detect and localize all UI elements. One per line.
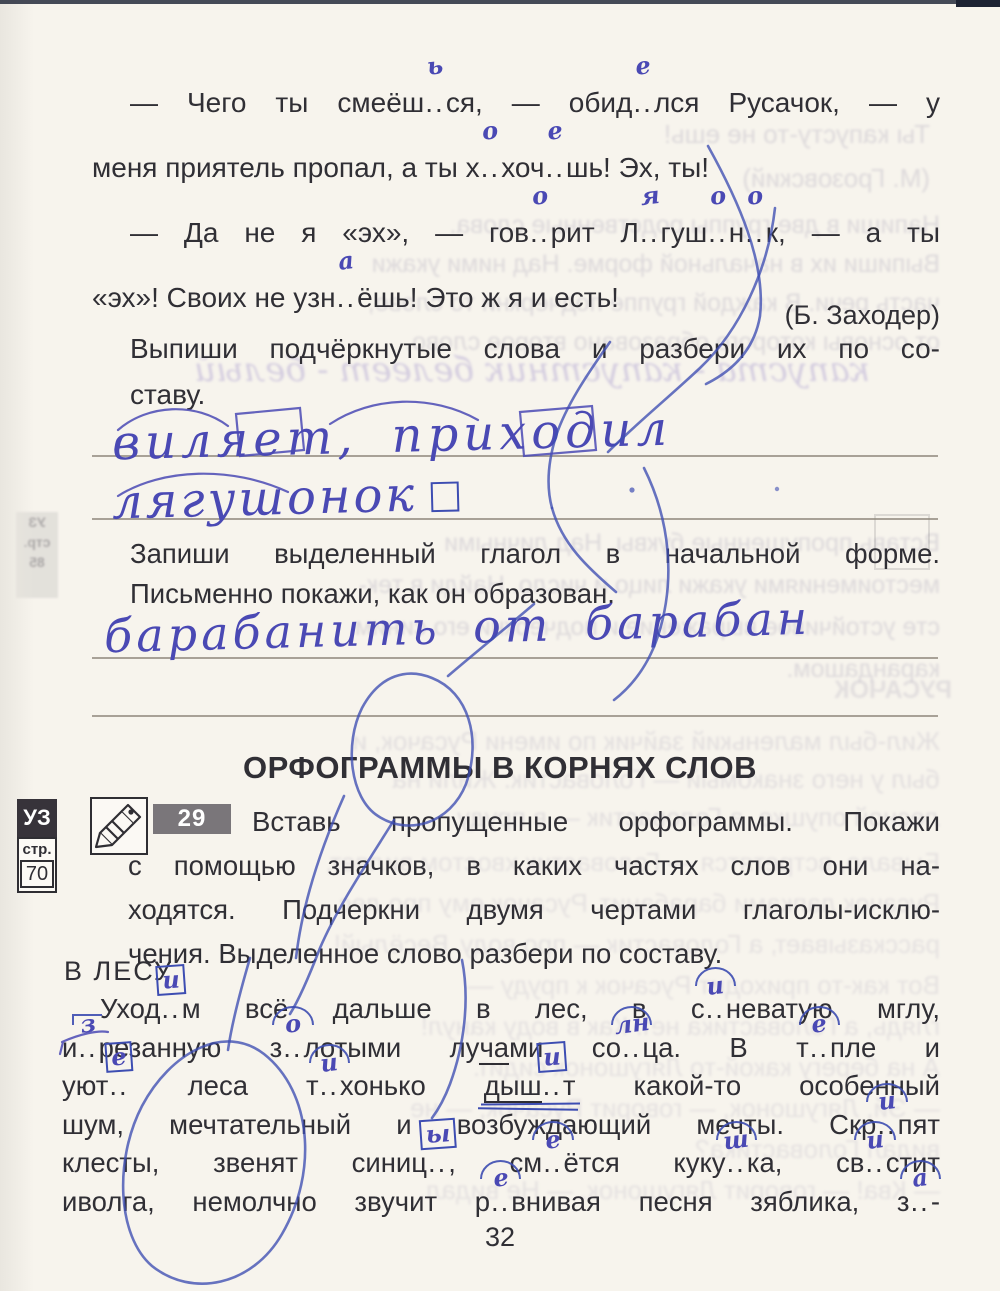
letter-gap: ..о: [707, 200, 729, 265]
handwritten-letter: ш: [722, 1126, 750, 1153]
handwritten-letter: ь: [426, 53, 445, 79]
gap-dots: ..: [428, 1147, 447, 1178]
gap-dots: ..: [633, 87, 653, 118]
ink-dot: [775, 487, 779, 491]
uz-label: УЗ: [17, 799, 57, 837]
dialog-text: — Чего ты смеёш..ься, — обид..елся Русач…: [92, 70, 940, 330]
exercise-text: Уход..им всё дальше в лес, в с..иневатую…: [62, 990, 940, 1221]
bleedthrough-text: РУСАЧОК: [832, 676, 952, 705]
handwritten-letter: о: [481, 118, 500, 144]
text-line: с помощью значков, в каких частях слов о…: [128, 844, 940, 888]
handwritten-letter: я: [639, 183, 661, 209]
printed-text: -: [931, 1186, 940, 1217]
gap-dots: ..: [545, 152, 565, 183]
handwritten-letter: о: [709, 183, 728, 209]
handwritten-letter: а: [911, 1165, 929, 1191]
letter-gap: ..о: [480, 135, 502, 200]
page-reference: стр. 70: [17, 837, 57, 893]
letter-gap: ..о: [282, 1029, 303, 1068]
letter-gap: ..е: [542, 1144, 563, 1183]
gap-dots: ..: [109, 1070, 128, 1101]
printed-text: ся, — обид: [446, 87, 633, 118]
bleedthrough-uz-marker: УЗ стр. 85: [16, 512, 58, 598]
printed-text: Уход: [100, 993, 160, 1024]
letter-gap: ..е: [490, 1183, 511, 1222]
printed-text: ёшь! Это ж я и есть!: [357, 282, 619, 313]
letter-gap: ..ы: [427, 1144, 448, 1183]
text-line: уют..е леса т..ихонько дыш..ит какой-то …: [62, 1067, 940, 1106]
printed-text: хонько: [340, 1070, 484, 1101]
handwritten-letter: з: [79, 1011, 97, 1037]
text-line: Вставь пропущенные орфограммы. Покажи: [128, 800, 940, 844]
pen-double-underline: дыш..ит: [484, 1070, 576, 1101]
gap-dots: ..: [745, 217, 765, 248]
handwritten-letter: и: [319, 1050, 339, 1076]
text-line: чения. Выделенное слово разбери по соста…: [128, 932, 940, 976]
letter-gap: ..и: [319, 1067, 340, 1106]
printed-text: ходятся. Подчеркни двумя чертами глаголы…: [128, 894, 940, 925]
text-line: — Да не я «эх», — гов..орит Л..ягуш..он.…: [92, 200, 940, 265]
task-29-instruction: Вставь пропущенные орфограммы. Покажис п…: [128, 800, 940, 976]
printed-text: меня приятель пропал, а ты х: [92, 152, 480, 183]
handwritten-letter: лн: [613, 1010, 651, 1038]
printed-text: н: [729, 217, 744, 248]
printed-text: гуш: [660, 217, 707, 248]
letter-gap: ..о: [529, 200, 551, 265]
text-line: — Чего ты смеёш..ься, — обид..елся Русач…: [92, 70, 940, 135]
handwritten-letter: е: [634, 53, 652, 79]
printed-text: внивая песня зяблика, з: [511, 1186, 909, 1217]
handwritten-letter: а: [337, 248, 355, 274]
printed-text: рит Л: [551, 217, 639, 248]
printed-text: «эх»! Своих не узн: [92, 282, 336, 313]
handwritten-letter: о: [284, 1011, 303, 1037]
printed-text: уют: [62, 1070, 108, 1101]
gap-dots: ..: [161, 993, 180, 1024]
page-ref-number: 70: [20, 860, 54, 888]
printed-text: Запиши выделенный глагол в начальной фор…: [130, 538, 940, 569]
letter-gap: ..з: [77, 1029, 98, 1068]
gap-dots: ..: [543, 1070, 562, 1101]
printed-text: лся Русачок, — у: [654, 87, 940, 118]
handwritten-letter: и: [865, 1127, 885, 1153]
text-line: шум, мечтательный и возбуждающий мечты. …: [62, 1106, 940, 1145]
scan-top-corner: [956, 0, 1000, 7]
printed-underline: дыш: [484, 1070, 542, 1103]
letter-gap: ..и: [542, 1067, 563, 1106]
gap-dots: ..: [708, 217, 728, 248]
text-line: и..зрезанную з..олотыми лучами со..лнца.…: [62, 1029, 940, 1068]
letter-gap: ..е: [544, 135, 566, 200]
letter-gap: ..ь: [424, 70, 446, 135]
handwritten-letter: ы: [418, 1118, 456, 1150]
handwritten-letter: е: [544, 1127, 562, 1153]
printed-text: Вставь пропущенные орфограммы. Покажи: [252, 806, 940, 837]
printed-text: ца. В т: [642, 1032, 808, 1063]
printed-text: дыш: [484, 1070, 542, 1101]
printed-text: ка, св: [747, 1147, 865, 1178]
printed-underline: ча: [479, 1032, 509, 1065]
letter-gap: ..е: [809, 1029, 830, 1068]
letter-gap: ..лн: [621, 1029, 642, 1068]
handwritten-letter: е: [810, 1011, 828, 1037]
handwritten-letter: е: [492, 1165, 510, 1191]
handwritten-letter: и: [705, 973, 725, 999]
printed-text: т: [563, 1070, 576, 1101]
pencils-icon: [90, 797, 148, 855]
uz-page-marker: УЗ стр. 70: [17, 799, 57, 893]
text-line: ходятся. Подчеркни двумя чертами глаголы…: [128, 888, 940, 932]
printed-text: к, — а ты: [766, 217, 940, 248]
letter-gap: ..а: [336, 265, 358, 330]
text-line: иволга, немолчно звучит р..евнивая песня…: [62, 1183, 940, 1222]
ink-dot: [629, 487, 634, 492]
text-line: меня приятель пропал, а ты х..охоч..ешь!…: [92, 135, 940, 200]
handwritten-letter: о: [530, 183, 549, 209]
printed-text: пле и: [830, 1032, 940, 1063]
handwritten-letter: и: [537, 1041, 568, 1073]
printed-text: леса т: [130, 1070, 319, 1101]
printed-text: шь! Эх, ты!: [566, 152, 709, 183]
letter-gap: ..и: [864, 1144, 885, 1183]
handwritten-answer: лягушонок: [111, 465, 459, 530]
letter-gap: ..ш: [726, 1144, 747, 1183]
workbook-page: Ты капусту-то не ешь!(М. Грозовский) Нап…: [0, 0, 1000, 1291]
handwritten-letter: и: [155, 964, 186, 996]
text-line: Запиши выделенный глагол в начальной фор…: [92, 534, 940, 574]
printed-text: хоч: [501, 152, 544, 183]
null-ending-box: [431, 481, 460, 512]
printed-text: и: [62, 1032, 77, 1063]
printed-text: пят: [898, 1109, 940, 1140]
letter-gap: ..о: [744, 200, 766, 265]
letter-gap: ..и: [705, 990, 726, 1029]
letter-gap: ..а: [910, 1183, 931, 1222]
gap-dots: ..: [425, 87, 445, 118]
printed-text: — Чего ты смеёш: [130, 87, 424, 118]
task-number-badge: 29: [153, 804, 231, 834]
answer-rule-line: [92, 715, 938, 717]
page-ref-label: стр.: [20, 841, 54, 858]
gap-dots: ..: [481, 152, 501, 183]
handwritten-letter: е: [104, 1041, 133, 1073]
printed-text: Выпиши подчёркнутые слова и разбери их п…: [130, 333, 940, 364]
letter-gap: ..е: [632, 70, 654, 135]
gap-dots: ..: [530, 217, 550, 248]
printed-text: клесты, звенят синиц: [62, 1147, 427, 1178]
gap-dots: ..: [640, 217, 660, 248]
printed-text: ставу.: [130, 379, 205, 410]
handwritten-letter: о: [746, 183, 765, 209]
printed-text: ётся куку: [564, 1147, 726, 1178]
gap-dots: ..: [337, 282, 357, 313]
printed-text: с помощью значков, в каких частях слов о…: [128, 850, 940, 881]
scan-top-edge: [0, 0, 1000, 4]
handwritten-letter: и: [877, 1088, 897, 1114]
page-number: 32: [0, 1222, 1000, 1253]
printed-text: — Да не я «эх», — гов: [130, 217, 529, 248]
printed-text: иволга, немолчно звучит р: [62, 1186, 490, 1217]
letter-gap: ..и: [160, 990, 181, 1029]
text-line: Выпиши подчёркнутые слова и разбери их п…: [92, 326, 940, 372]
printed-text: чения. Выделенное слово разбери по соста…: [128, 938, 722, 969]
letter-gap: ..е: [108, 1067, 129, 1106]
printed-text: ча: [479, 1032, 509, 1063]
handwritten-letter: е: [546, 118, 564, 144]
letter-gap: ..я: [639, 200, 661, 265]
section-heading: ОРФОГРАММЫ В КОРНЯХ СЛОВ: [0, 750, 1000, 786]
